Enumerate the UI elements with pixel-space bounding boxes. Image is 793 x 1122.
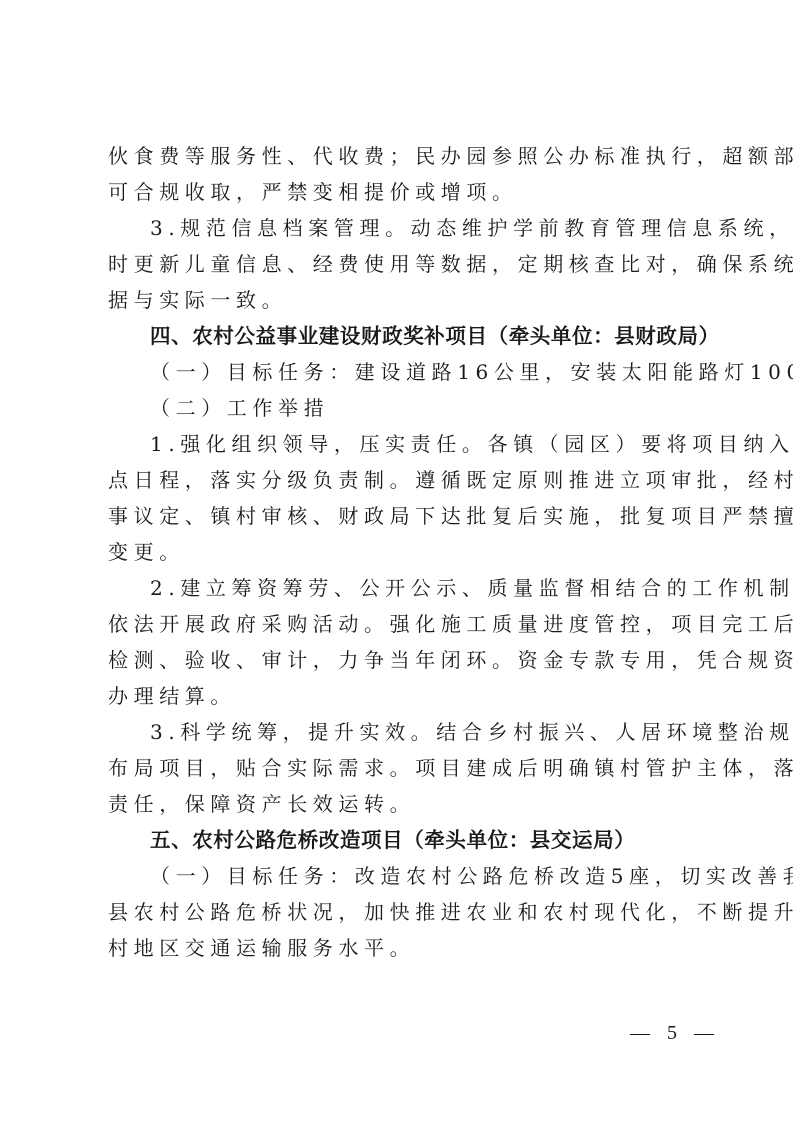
paragraph-line: 2.建立筹资筹劳、公开公示、质量监督相结合的工作机制， bbox=[108, 570, 694, 606]
paragraph-line: 3.规范信息档案管理。动态维护学前教育管理信息系统，及 bbox=[108, 210, 694, 246]
paragraph-line: 村地区交通运输服务水平。 bbox=[108, 930, 694, 966]
subheading-work-measures: （二）工作举措 bbox=[108, 390, 694, 426]
paragraph-line: 县农村公路危桥状况，加快推进农业和农村现代化，不断提升农 bbox=[108, 894, 694, 930]
subheading-target-task: （一）目标任务：建设道路16公里，安装太阳能路灯100盏。 bbox=[108, 354, 694, 390]
subheading-target-task: （一）目标任务：改造农村公路危桥改造5座，切实改善我 bbox=[108, 858, 694, 894]
paragraph-line: 3.科学统筹，提升实效。结合乡村振兴、人居环境整治规划 bbox=[108, 714, 694, 750]
section-heading-5: 五、农村公路危桥改造项目（牵头单位：县交运局） bbox=[108, 822, 694, 858]
paragraph-line: 变更。 bbox=[108, 534, 694, 570]
page-number: — 5 — bbox=[630, 1022, 720, 1045]
paragraph-line: 1.强化组织领导，压实责任。各镇（园区）要将项目纳入重 bbox=[108, 426, 694, 462]
paragraph-line: 伙食费等服务性、代收费；民办园参照公办标准执行，超额部分 bbox=[108, 138, 694, 174]
paragraph-line: 办理结算。 bbox=[108, 678, 694, 714]
paragraph-line: 事议定、镇村审核、财政局下达批复后实施，批复项目严禁擅自 bbox=[108, 498, 694, 534]
paragraph-line: 点日程，落实分级负责制。遵循既定原则推进立项审批，经村议 bbox=[108, 462, 694, 498]
paragraph-line: 可合规收取，严禁变相提价或增项。 bbox=[108, 174, 694, 210]
paragraph-line: 时更新儿童信息、经费使用等数据，定期核查比对，确保系统数 bbox=[108, 246, 694, 282]
section-heading-4: 四、农村公益事业建设财政奖补项目（牵头单位：县财政局） bbox=[108, 318, 694, 354]
paragraph-line: 据与实际一致。 bbox=[108, 282, 694, 318]
paragraph-line: 布局项目，贴合实际需求。项目建成后明确镇村管护主体，落实 bbox=[108, 750, 694, 786]
paragraph-line: 检测、验收、审计，力争当年闭环。资金专款专用，凭合规资料 bbox=[108, 642, 694, 678]
document-body: 伙食费等服务性、代收费；民办园参照公办标准执行，超额部分 可合规收取，严禁变相提… bbox=[108, 138, 694, 966]
paragraph-line: 责任，保障资产长效运转。 bbox=[108, 786, 694, 822]
paragraph-line: 依法开展政府采购活动。强化施工质量进度管控，项目完工后经 bbox=[108, 606, 694, 642]
